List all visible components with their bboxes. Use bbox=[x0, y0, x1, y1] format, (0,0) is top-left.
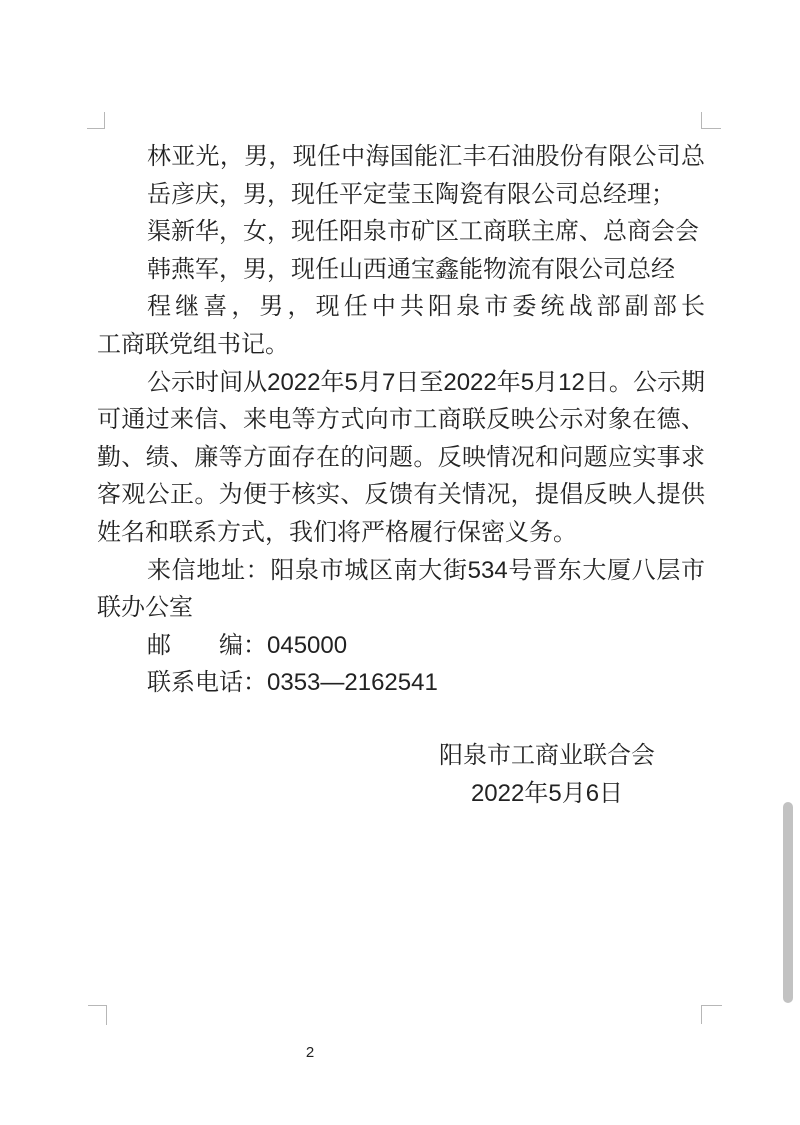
body-line: 工商联党组书记。 bbox=[97, 326, 705, 364]
body-line: 可通过来信、来电等方式向市工商联反映公示对象在德、能、 bbox=[97, 401, 705, 439]
margin-crop-mark-top-left-icon bbox=[87, 112, 105, 129]
body-line: 联系电话：0353—2162541 bbox=[97, 664, 705, 702]
body-line: 渠新华，女，现任阳泉市矿区工商联主席、总商会会长； bbox=[97, 213, 705, 251]
body-line: 程继喜，男，现任中共阳泉市委统战部副部长（兼）、市 bbox=[97, 288, 705, 326]
margin-crop-mark-bottom-right-icon bbox=[701, 1005, 722, 1024]
body-line: 来信地址：阳泉市城区南大街534号晋东大厦八层市工商 bbox=[97, 552, 705, 590]
signature-block: 阳泉市工商业联合会 2022年5月6日 bbox=[397, 737, 697, 812]
margin-crop-mark-bottom-left-icon bbox=[88, 1005, 107, 1025]
scrollbar-thumb[interactable] bbox=[783, 802, 793, 1003]
body-line: 联办公室 bbox=[97, 589, 705, 627]
signature-date: 2022年5月6日 bbox=[397, 775, 697, 813]
document-page: 林亚光，男，现任中海国能汇丰石油股份有限公司总经理； 岳彦庆，男，现任平定莹玉陶… bbox=[0, 0, 800, 1125]
body-line: 勤、绩、廉等方面存在的问题。反映情况和问题应实事求是、 bbox=[97, 439, 705, 477]
body-line: 姓名和联系方式，我们将严格履行保密义务。 bbox=[97, 514, 705, 552]
body-line: 公示时间从2022年5月7日至2022年5月12日。公示期间， bbox=[97, 364, 705, 402]
margin-crop-mark-top-right-icon bbox=[701, 112, 721, 129]
page-number: 2 bbox=[290, 1044, 330, 1061]
document-body: 林亚光，男，现任中海国能汇丰石油股份有限公司总经理； 岳彦庆，男，现任平定莹玉陶… bbox=[97, 138, 705, 702]
body-line: 邮 编：045000 bbox=[97, 627, 705, 665]
body-line: 客观公正。为便于核实、反馈有关情况，提倡反映人提供真实 bbox=[97, 476, 705, 514]
body-line: 岳彦庆，男，现任平定莹玉陶瓷有限公司总经理； bbox=[97, 176, 705, 214]
body-line: 韩燕军，男，现任山西通宝鑫能物流有限公司总经理； bbox=[97, 251, 705, 289]
body-line: 林亚光，男，现任中海国能汇丰石油股份有限公司总经理； bbox=[97, 138, 705, 176]
signature-org: 阳泉市工商业联合会 bbox=[397, 737, 697, 775]
